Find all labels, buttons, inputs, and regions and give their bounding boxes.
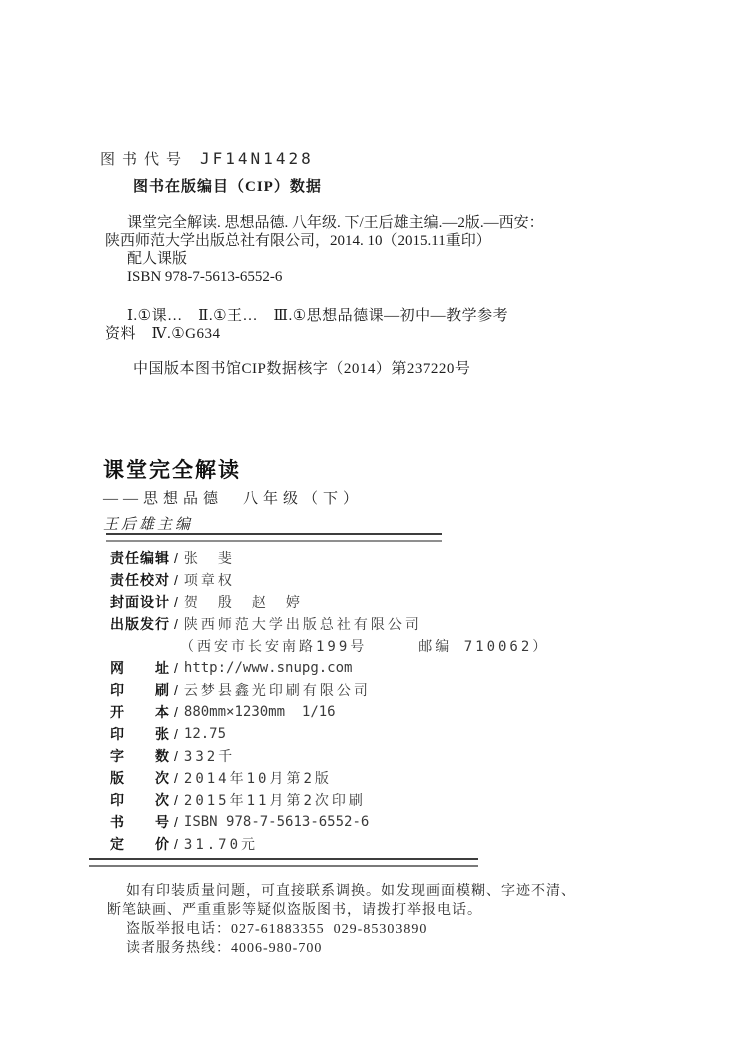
info-value: 12.75 xyxy=(184,726,226,742)
info-label: 字 数 xyxy=(110,746,172,766)
info-label: 印 刷 xyxy=(110,680,172,700)
info-row: 印 张/12.75 xyxy=(110,723,549,745)
info-label: 封面设计 xyxy=(110,592,172,612)
info-row: 责任编辑/张 斐 xyxy=(110,547,549,569)
info-row: 出版发行/陕西师范大学出版总社有限公司 xyxy=(110,613,549,635)
copyright-page: 图书代号JF14N1428 图书在版编目（CIP）数据 课堂完全解读. 思想品德… xyxy=(0,0,750,1052)
cip-line-publisher: 陕西师范大学出版总社有限公司，2014. 10（2015.11重印） xyxy=(105,232,625,250)
double-rule-bottom xyxy=(89,858,478,867)
classification-line-2: 资料 Ⅳ.①G634 xyxy=(105,325,508,343)
info-separator: / xyxy=(174,814,178,830)
info-separator: / xyxy=(174,704,178,720)
info-separator: / xyxy=(174,726,178,742)
info-row: 定 价/31.70元 xyxy=(110,833,549,855)
reader-hotline-line: 读者服务热线：4006-980-700 xyxy=(107,939,667,958)
info-separator: / xyxy=(174,594,178,610)
info-separator: / xyxy=(174,792,178,808)
info-row: 封面设计/贺 殷 赵 婷 xyxy=(110,591,549,613)
info-label: 印 张 xyxy=(110,724,172,744)
info-value: 项章权 xyxy=(184,570,235,590)
info-value: ISBN 978-7-5613-6552-6 xyxy=(184,814,369,830)
info-value: 张 斐 xyxy=(184,548,235,568)
cip-record-number: 中国版本图书馆CIP数据核字（2014）第237220号 xyxy=(133,357,470,378)
cip-line-edition: 配人课版 xyxy=(105,250,625,268)
info-label: 开 本 xyxy=(110,702,172,722)
cip-line-isbn: ISBN 978-7-5613-6552-6 xyxy=(105,268,625,286)
info-row: 字 数/332千 xyxy=(110,745,549,767)
info-separator: / xyxy=(174,550,178,566)
info-separator: / xyxy=(174,748,178,764)
info-label: 网 址 xyxy=(110,658,172,678)
info-label: 责任校对 xyxy=(110,570,172,590)
cip-line-title: 课堂完全解读. 思想品德. 八年级. 下/王后雄主编.—2版.—西安： xyxy=(105,214,625,232)
book-title: 课堂完全解读 xyxy=(103,454,241,484)
piracy-report-line: 盗版举报电话：027-61883355 029-85303890 xyxy=(107,920,667,939)
info-value: 31.70元 xyxy=(184,834,258,854)
info-row: 印 次/2015年11月第2次印刷 xyxy=(110,789,549,811)
info-label: 定 价 xyxy=(110,834,172,854)
info-value: 2015年11月第2次印刷 xyxy=(184,790,366,810)
info-separator: / xyxy=(174,660,178,676)
notice-line-2: 断笔缺画、严重重影等疑似盗版图书，请拨打举报电话。 xyxy=(107,901,667,920)
double-rule-top xyxy=(106,533,442,542)
info-row: 开 本/880mm×1230mm 1/16 xyxy=(110,701,549,723)
info-label: 书 号 xyxy=(110,812,172,832)
info-separator: / xyxy=(174,616,178,632)
info-separator: / xyxy=(174,770,178,786)
info-value: 2014年10月第2版 xyxy=(184,768,332,788)
classification-line-1: Ⅰ.①课… Ⅱ.①王… Ⅲ.①思想品德课—初中—教学参考 xyxy=(105,307,508,325)
info-row: 书 号/ISBN 978-7-5613-6552-6 xyxy=(110,811,549,833)
quality-notice-footer: 如有印装质量问题，可直接联系调换。如发现画面模糊、字迹不清、 断笔缺画、严重重影… xyxy=(107,882,667,958)
info-value-continuation: （西安市长安南路199号 邮编 710062） xyxy=(180,636,549,656)
cip-description-block: 课堂完全解读. 思想品德. 八年级. 下/王后雄主编.—2版.—西安： 陕西师范… xyxy=(105,214,625,286)
info-value: 332千 xyxy=(184,746,235,766)
info-separator: / xyxy=(174,836,178,852)
book-code-line: 图书代号JF14N1428 xyxy=(100,148,314,169)
book-subtitle: ——思想品德 八年级（下） xyxy=(103,487,363,508)
publication-info-table: 责任编辑/张 斐责任校对/项章权封面设计/贺 殷 赵 婷出版发行/陕西师范大学出… xyxy=(110,547,549,855)
info-value: 贺 殷 赵 婷 xyxy=(184,592,303,612)
info-row: 网 址/http://www.snupg.com xyxy=(110,657,549,679)
info-separator: / xyxy=(174,682,178,698)
info-label: 出版发行 xyxy=(110,614,172,634)
info-label: 版 次 xyxy=(110,768,172,788)
info-value: http://www.snupg.com xyxy=(184,660,353,676)
info-row: 印 刷/云梦县鑫光印刷有限公司 xyxy=(110,679,549,701)
book-code-label: 图书代号 xyxy=(100,152,188,168)
info-label: 印 次 xyxy=(110,790,172,810)
info-row: 责任校对/项章权 xyxy=(110,569,549,591)
info-value: 云梦县鑫光印刷有限公司 xyxy=(184,680,371,700)
info-label: 责任编辑 xyxy=(110,548,172,568)
info-value: 陕西师范大学出版总社有限公司 xyxy=(184,614,422,634)
info-row-continuation: （西安市长安南路199号 邮编 710062） xyxy=(110,635,549,657)
notice-line-1: 如有印装质量问题，可直接联系调换。如发现画面模糊、字迹不清、 xyxy=(107,882,667,901)
book-editor: 王后雄主编 xyxy=(103,513,193,534)
info-separator: / xyxy=(174,572,178,588)
cip-classification-block: Ⅰ.①课… Ⅱ.①王… Ⅲ.①思想品德课—初中—教学参考 资料 Ⅳ.①G634 xyxy=(105,307,508,343)
info-row: 版 次/2014年10月第2版 xyxy=(110,767,549,789)
book-code-value: JF14N1428 xyxy=(200,149,314,168)
cip-heading: 图书在版编目（CIP）数据 xyxy=(133,175,322,196)
info-value: 880mm×1230mm 1/16 xyxy=(184,704,336,720)
